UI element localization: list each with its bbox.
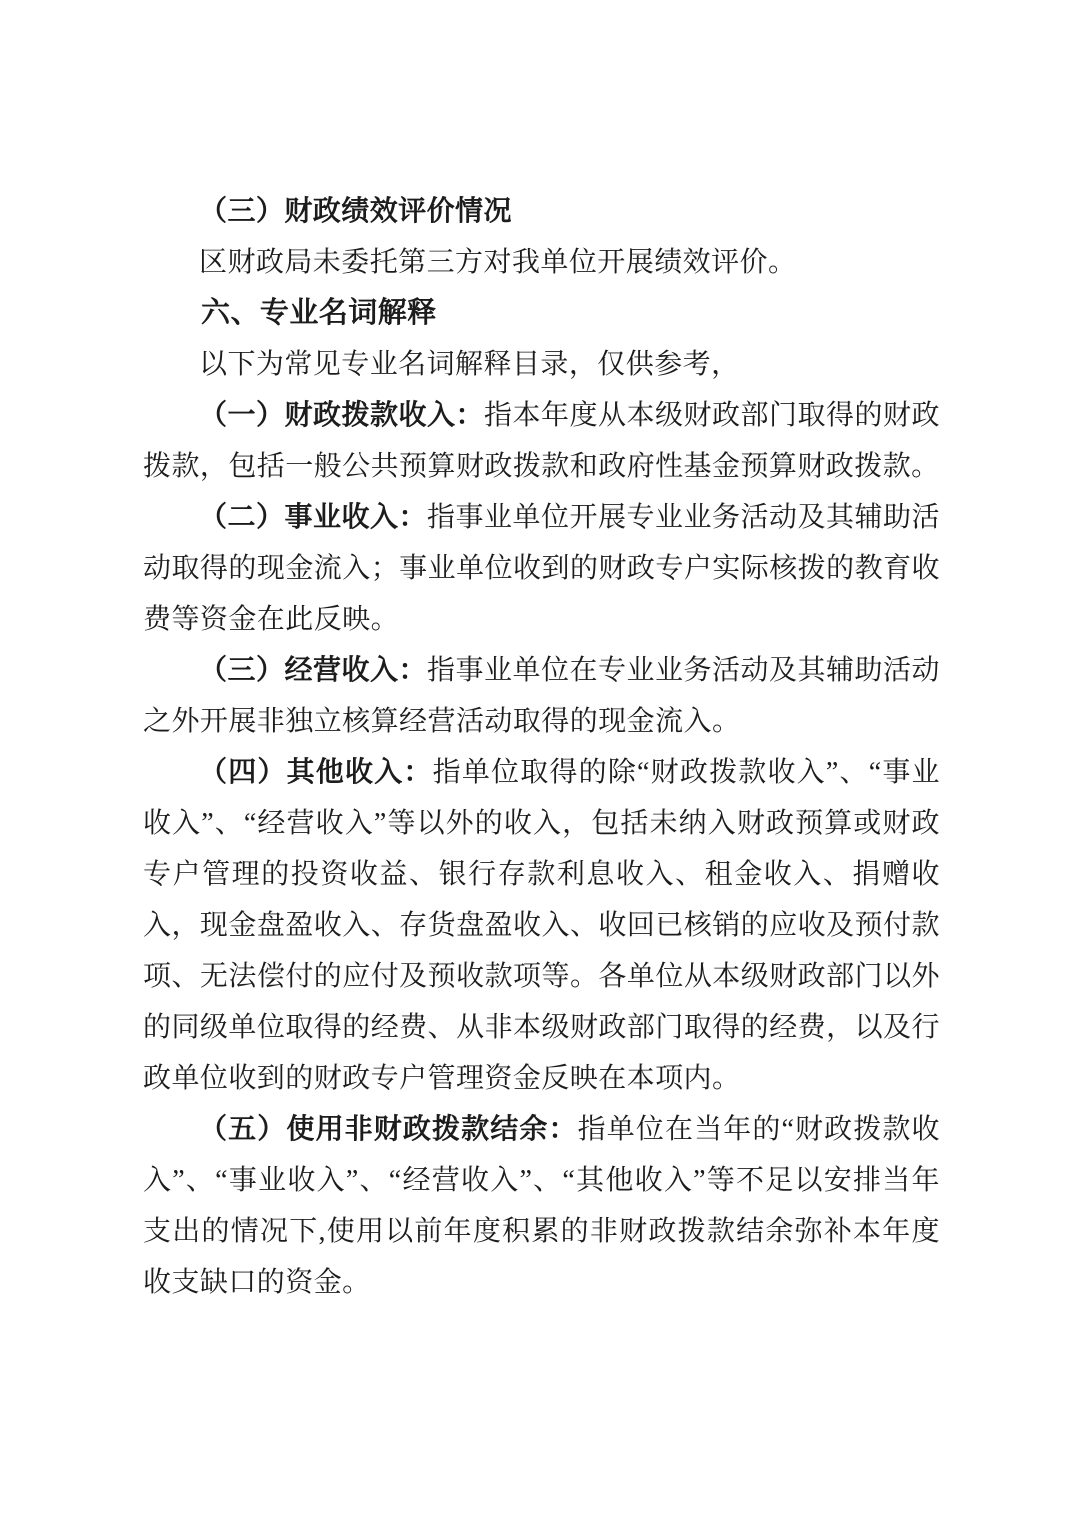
document-page: （三）财政绩效评价情况 区财政局未委托第三方对我单位开展绩效评价。 六、专业名词…: [0, 0, 1074, 1520]
term-item-operating-income-public: （二）事业收入：指事业单位开展专业业务活动及其辅助活动取得的现金流入；事业单位收…: [143, 492, 940, 645]
subsection-heading-performance-evaluation: （三）财政绩效评价情况: [143, 186, 940, 237]
section-heading-terminology: 六、专业名词解释: [143, 288, 940, 339]
term-item-business-income: （三）经营收入：指事业单位在专业业务活动及其辅助活动之外开展非独立核算经营活动取…: [143, 645, 940, 747]
term-lead-business-income: （三）经营收入：: [199, 655, 427, 686]
term-item-fiscal-appropriation-income: （一）财政拨款收入：指本年度从本级财政部门取得的财政拨款，包括一般公共预算财政拨…: [143, 390, 940, 492]
term-lead-operating-income-public: （二）事业收入：: [199, 502, 427, 533]
term-item-other-income: （四）其他收入：指单位取得的除“财政拨款收入”、“事业收入”、“经营收入”等以外…: [143, 747, 940, 1104]
term-lead-other-income: （四）其他收入：: [199, 757, 433, 788]
term-lead-non-fiscal-surplus: （五）使用非财政拨款结余：: [199, 1114, 578, 1145]
term-lead-fiscal-appropriation-income: （一）财政拨款收入：: [199, 400, 484, 431]
term-item-non-fiscal-surplus: （五）使用非财政拨款结余：指单位在当年的“财政拨款收入”、“事业收入”、“经营收…: [143, 1104, 940, 1308]
term-text-other-income: 指单位取得的除“财政拨款收入”、“事业收入”、“经营收入”等以外的收入，包括未纳…: [143, 757, 940, 1094]
paragraph-performance-evaluation: 区财政局未委托第三方对我单位开展绩效评价。: [143, 237, 940, 288]
paragraph-terminology-intro: 以下为常见专业名词解释目录，仅供参考，: [143, 339, 940, 390]
